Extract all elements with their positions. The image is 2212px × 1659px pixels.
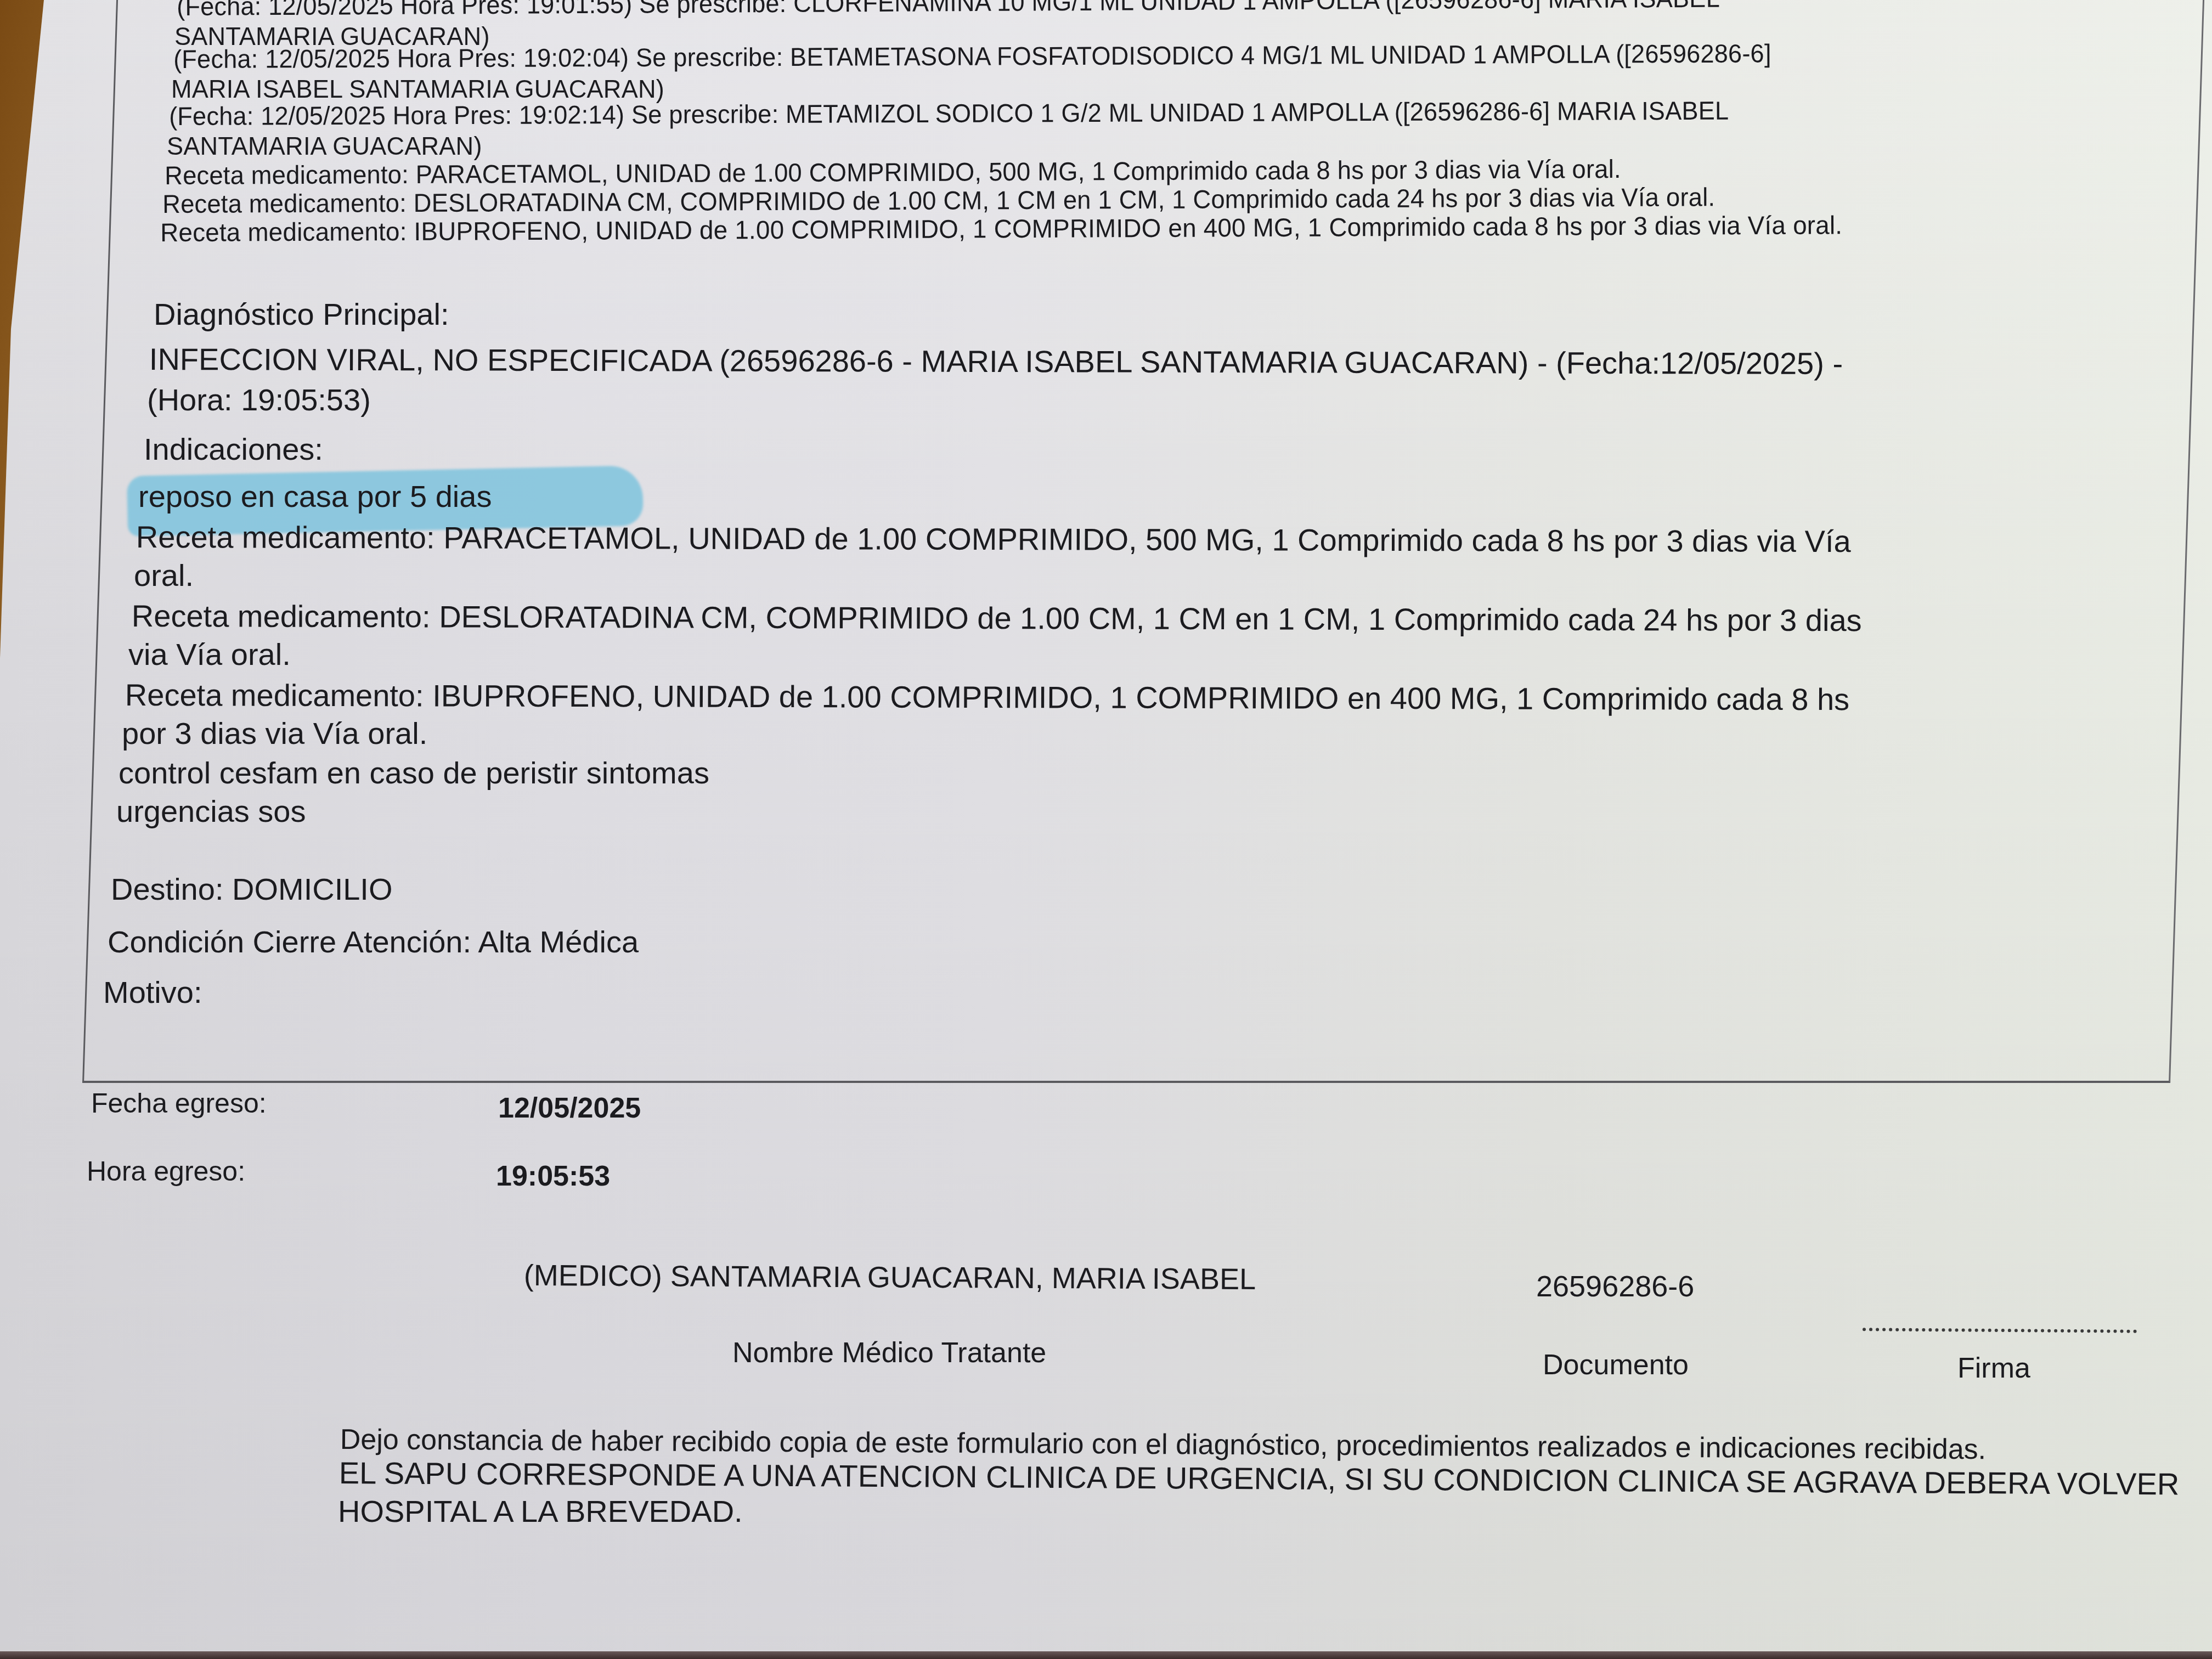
indication-line: Receta medicamento: IBUPROFENO, UNIDAD d… — [125, 677, 1849, 717]
paper-bottom-edge — [0, 1651, 2212, 1659]
medico-tratante-name: (MEDICO) SANTAMARIA GUACARAN, MARIA ISAB… — [524, 1259, 1256, 1296]
nombre-medico-caption: Nombre Médico Tratante — [732, 1336, 1046, 1369]
destino-field: Destino: DOMICILIO — [111, 871, 392, 907]
diagnosis-line2: (Hora: 19:05:53) — [147, 382, 371, 417]
printed-discharge-form: (Fecha: 12/05/2025 Hora Pres: 19:01:55) … — [0, 0, 2212, 1659]
indication-line: Receta medicamento: DESLORATADINA CM, CO… — [132, 598, 1862, 638]
diagnosis-label: Diagnóstico Principal: — [154, 296, 449, 332]
documento-caption: Documento — [1543, 1348, 1689, 1381]
firma-caption: Firma — [1957, 1352, 2030, 1385]
prescription-betametasona-line1: (Fecha: 12/05/2025 Hora Pres: 19:02:04) … — [173, 38, 1771, 74]
prescription-metamizol-line2: SANTAMARIA GUACARAN) — [167, 131, 482, 161]
documento-value: 26596286-6 — [1536, 1269, 1694, 1304]
indication-line: via Vía oral. — [128, 636, 291, 672]
fecha-egreso-value: 12/05/2025 — [498, 1092, 641, 1125]
fecha-egreso-label: Fecha egreso: — [91, 1087, 267, 1119]
indication-rest-highlighted: reposo en casa por 5 dias — [138, 478, 492, 514]
motivo-field: Motivo: — [103, 974, 202, 1010]
diagnosis-line1: INFECCION VIRAL, NO ESPECIFICADA (265962… — [149, 341, 1843, 381]
hora-egreso-value: 19:05:53 — [496, 1160, 610, 1193]
indication-line: Receta medicamento: PARACETAMOL, UNIDAD … — [136, 519, 1851, 559]
hora-egreso-label: Hora egreso: — [87, 1155, 245, 1187]
indication-line: control cesfam en caso de peristir sinto… — [119, 755, 709, 791]
indication-line: oral. — [134, 557, 194, 593]
indications-label: Indicaciones: — [144, 431, 323, 467]
prescription-metamizol-line1: (Fecha: 12/05/2025 Hora Pres: 19:02:14) … — [169, 95, 1729, 131]
indication-line: por 3 dias via Vía oral. — [122, 715, 427, 751]
disclaimer-line3: HOSPITAL A LA BREVEDAD. — [338, 1493, 743, 1529]
indication-line: urgencias sos — [116, 793, 306, 829]
signature-line — [1863, 1328, 2137, 1333]
condicion-cierre-field: Condición Cierre Atención: Alta Médica — [108, 924, 639, 960]
